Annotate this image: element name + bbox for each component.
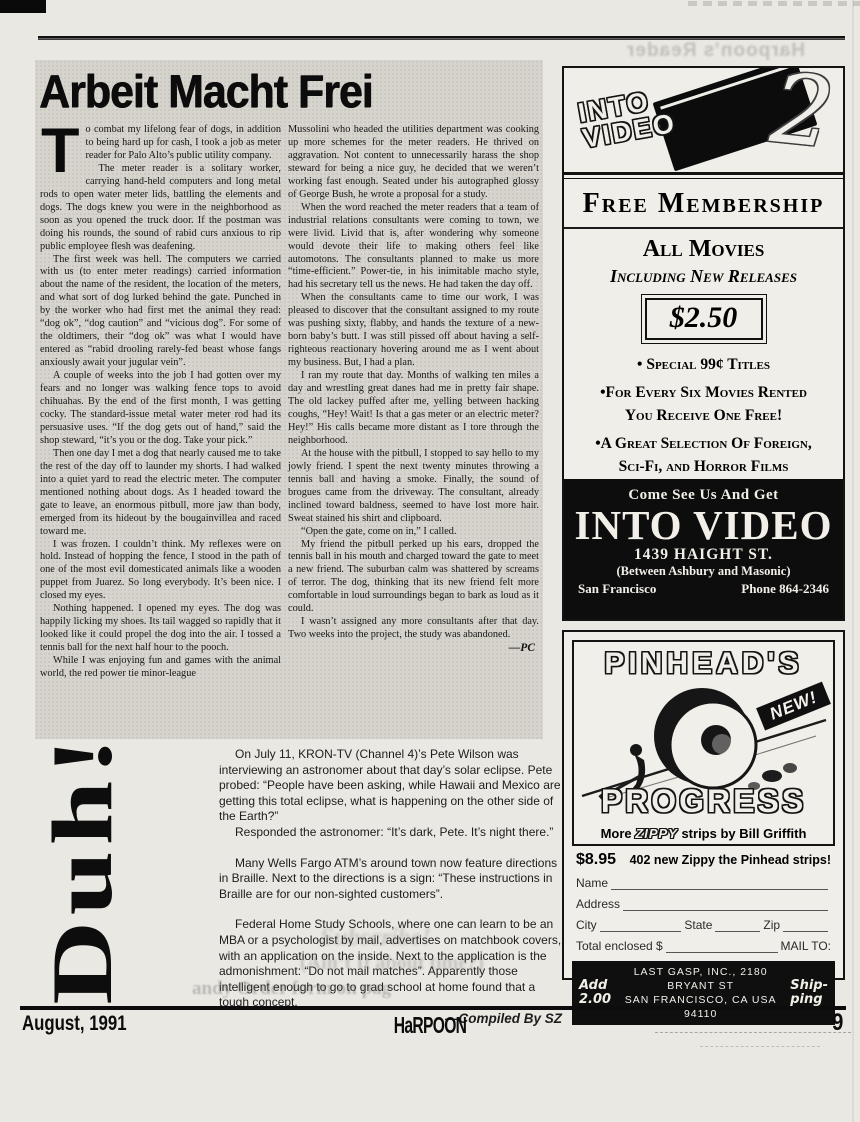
page-edge-line <box>852 0 854 1122</box>
store-cross-streets: (Between Ashbury and Masonic) <box>564 564 843 579</box>
book-title-bottom: PROGRESS <box>574 783 833 820</box>
footer-rule <box>20 1006 846 1010</box>
address-label: Address <box>576 897 620 911</box>
article-paragraph: “Open the gate, come on in,” I called. <box>288 526 539 539</box>
article-paragraph: At the house with the pitbull, I stopped… <box>288 448 539 526</box>
state-label: State <box>684 918 712 932</box>
total-label: Total enclosed $ <box>576 939 663 953</box>
state-blank-line <box>715 919 760 932</box>
article-paragraph: While I was enjoying fun and games with … <box>40 655 281 681</box>
paragraph-text: o combat my lifelong fear of dogs, in ad… <box>85 124 281 161</box>
come-see-us-line: Come See Us And Get <box>564 479 843 504</box>
caption-more: More <box>601 826 632 841</box>
scan-dash-artifact <box>700 1046 820 1047</box>
offer-list: • Special 99¢ Titles •For Every Six Movi… <box>564 353 843 478</box>
bleedthrough-text-top: Harpoon’s Reader <box>588 40 843 62</box>
article-paragraph: My friend the pitbull perked up his ears… <box>288 539 539 617</box>
ship-line1: Ship- <box>790 979 828 993</box>
article-paragraph: A couple of weeks into the job I had got… <box>40 370 281 448</box>
add-label: Add <box>579 979 611 993</box>
name-label: Name <box>576 876 608 890</box>
magazine-logo: HaRPOON <box>138 1012 723 1039</box>
caption-rest: strips by Bill Griffith <box>678 826 807 841</box>
order-form-row-city: City State Zip <box>576 918 831 932</box>
store-address: 1439 HAIGHT ST. <box>564 546 843 564</box>
shipping-note: Ship- ping <box>790 979 828 1007</box>
ship-line2: ping <box>790 993 828 1007</box>
article-title: Arbeit Macht Frei <box>39 66 508 116</box>
address-blank-line <box>623 898 828 911</box>
duh-paragraph: On July 11, KRON-TV (Channel 4)’s Pete W… <box>219 747 562 825</box>
publisher-line1: LAST GASP, INC., 2180 BRYANT ST <box>617 965 784 993</box>
article-paragraph: I ran my route that day. Months of walki… <box>288 370 539 448</box>
book-caption: More ZIPPY strips by Bill Griffith <box>574 826 833 841</box>
author-signature: —PC <box>288 642 539 655</box>
duh-paragraph: Responded the astronomer: “It’s dark, Pe… <box>219 825 562 841</box>
offer-item: •A Great Selection Of Foreign, <box>564 432 843 455</box>
free-membership-line: Free Membership <box>564 179 843 229</box>
into-video-ad: INTO VIDEO 2 Free Membership All Movies … <box>562 66 845 621</box>
all-movies-line: All Movies <box>564 229 843 263</box>
name-blank-line <box>611 877 828 890</box>
offer-item: • Special 99¢ Titles <box>564 353 843 376</box>
issue-date: August, 1991 <box>22 1012 127 1036</box>
magazine-page: Harpoon’s Reader Arbeit Macht Frei To co… <box>0 0 860 1122</box>
article-paragraph: I was frozen. I couldn’t think. My refle… <box>40 539 281 604</box>
mail-to-label: MAIL TO: <box>781 939 831 953</box>
offer-item: •For Every Six Movies Rented <box>564 381 843 404</box>
zip-label: Zip <box>763 918 780 932</box>
order-form-row-address: Address <box>576 897 831 911</box>
article-column-1: To combat my lifelong fear of dogs, in a… <box>40 124 281 735</box>
zippy-wordmark: ZIPPY <box>635 826 678 841</box>
article-paragraph: The first week was hell. The computers w… <box>40 254 281 371</box>
city-blank-line <box>600 919 682 932</box>
store-phone: Phone 864-2346 <box>741 581 829 597</box>
pinheads-progress-ad: PINHEAD'S NEW! PROGRESS More ZIPPY <box>562 630 845 980</box>
price-box: $2.50 <box>645 298 763 340</box>
drop-cap: T <box>41 127 79 176</box>
duh-paragraph: Many Wells Fargo ATM’s around town now f… <box>219 856 562 903</box>
article-paragraph: Nothing happened. I opened my eyes. The … <box>40 603 281 655</box>
order-form-row-name: Name <box>576 876 831 890</box>
store-city: San Francisco <box>578 581 656 597</box>
total-blank-line <box>666 940 778 953</box>
zip-blank-line <box>783 919 828 932</box>
city-label: City <box>576 918 597 932</box>
store-city-phone: San Francisco Phone 864-2346 <box>564 579 843 597</box>
article-paragraph: Mussolini who headed the utilities depar… <box>288 124 539 202</box>
into-video-logo-text: INTO VIDEO <box>576 84 678 152</box>
store-info-panel: Come See Us And Get INTO VIDEO 1439 HAIG… <box>564 479 843 619</box>
order-form-row-total: Total enclosed $ MAIL TO: <box>576 939 831 953</box>
offer-item: You Receive One Free! <box>564 404 843 427</box>
scan-dash-artifact <box>688 1 860 6</box>
price-row: $8.95 402 new Zippy the Pinhead strips! <box>576 851 831 869</box>
article-paragraph: When the word reached the meter readers … <box>288 202 539 293</box>
new-releases-line: Including New Releases <box>564 263 843 293</box>
article-paragraph: When the consultants came to time our wo… <box>288 292 539 370</box>
shipping-cost-note: Add 2.00 <box>579 979 611 1007</box>
article-arbeit-macht-frei: Arbeit Macht Frei To combat my lifelong … <box>35 60 543 739</box>
duh-paragraph: Federal Home Study Schools, where one ca… <box>219 917 562 1011</box>
film-ribbon-numeral-icon: 2 <box>766 68 838 169</box>
book-cover-art: PINHEAD'S NEW! PROGRESS More ZIPPY <box>572 640 835 846</box>
book-tagline: 402 new Zippy the Pinhead strips! <box>630 853 831 867</box>
page-number: 9 <box>832 1009 843 1037</box>
into-video-logo: INTO VIDEO 2 <box>564 68 843 172</box>
add-amount: 2.00 <box>579 993 611 1007</box>
article-column-2: Mussolini who headed the utilities depar… <box>288 124 539 735</box>
article-paragraph: To combat my lifelong fear of dogs, in a… <box>40 124 281 163</box>
scan-corner-mark <box>0 0 46 13</box>
store-name: INTO VIDEO <box>564 504 843 546</box>
book-price: $8.95 <box>576 851 616 869</box>
article-columns: To combat my lifelong fear of dogs, in a… <box>40 124 539 735</box>
double-rule <box>564 172 843 179</box>
top-rule <box>38 36 845 40</box>
duh-vertical-title: Duh! <box>32 731 132 1004</box>
article-paragraph: I wasn’t assigned any more consultants a… <box>288 616 539 642</box>
offer-item: Sci-Fi, and Horror Films <box>564 455 843 478</box>
article-paragraph: Then one day I met a dog that nearly cau… <box>40 448 281 539</box>
duh-section: On July 11, KRON-TV (Channel 4)’s Pete W… <box>219 747 562 1027</box>
